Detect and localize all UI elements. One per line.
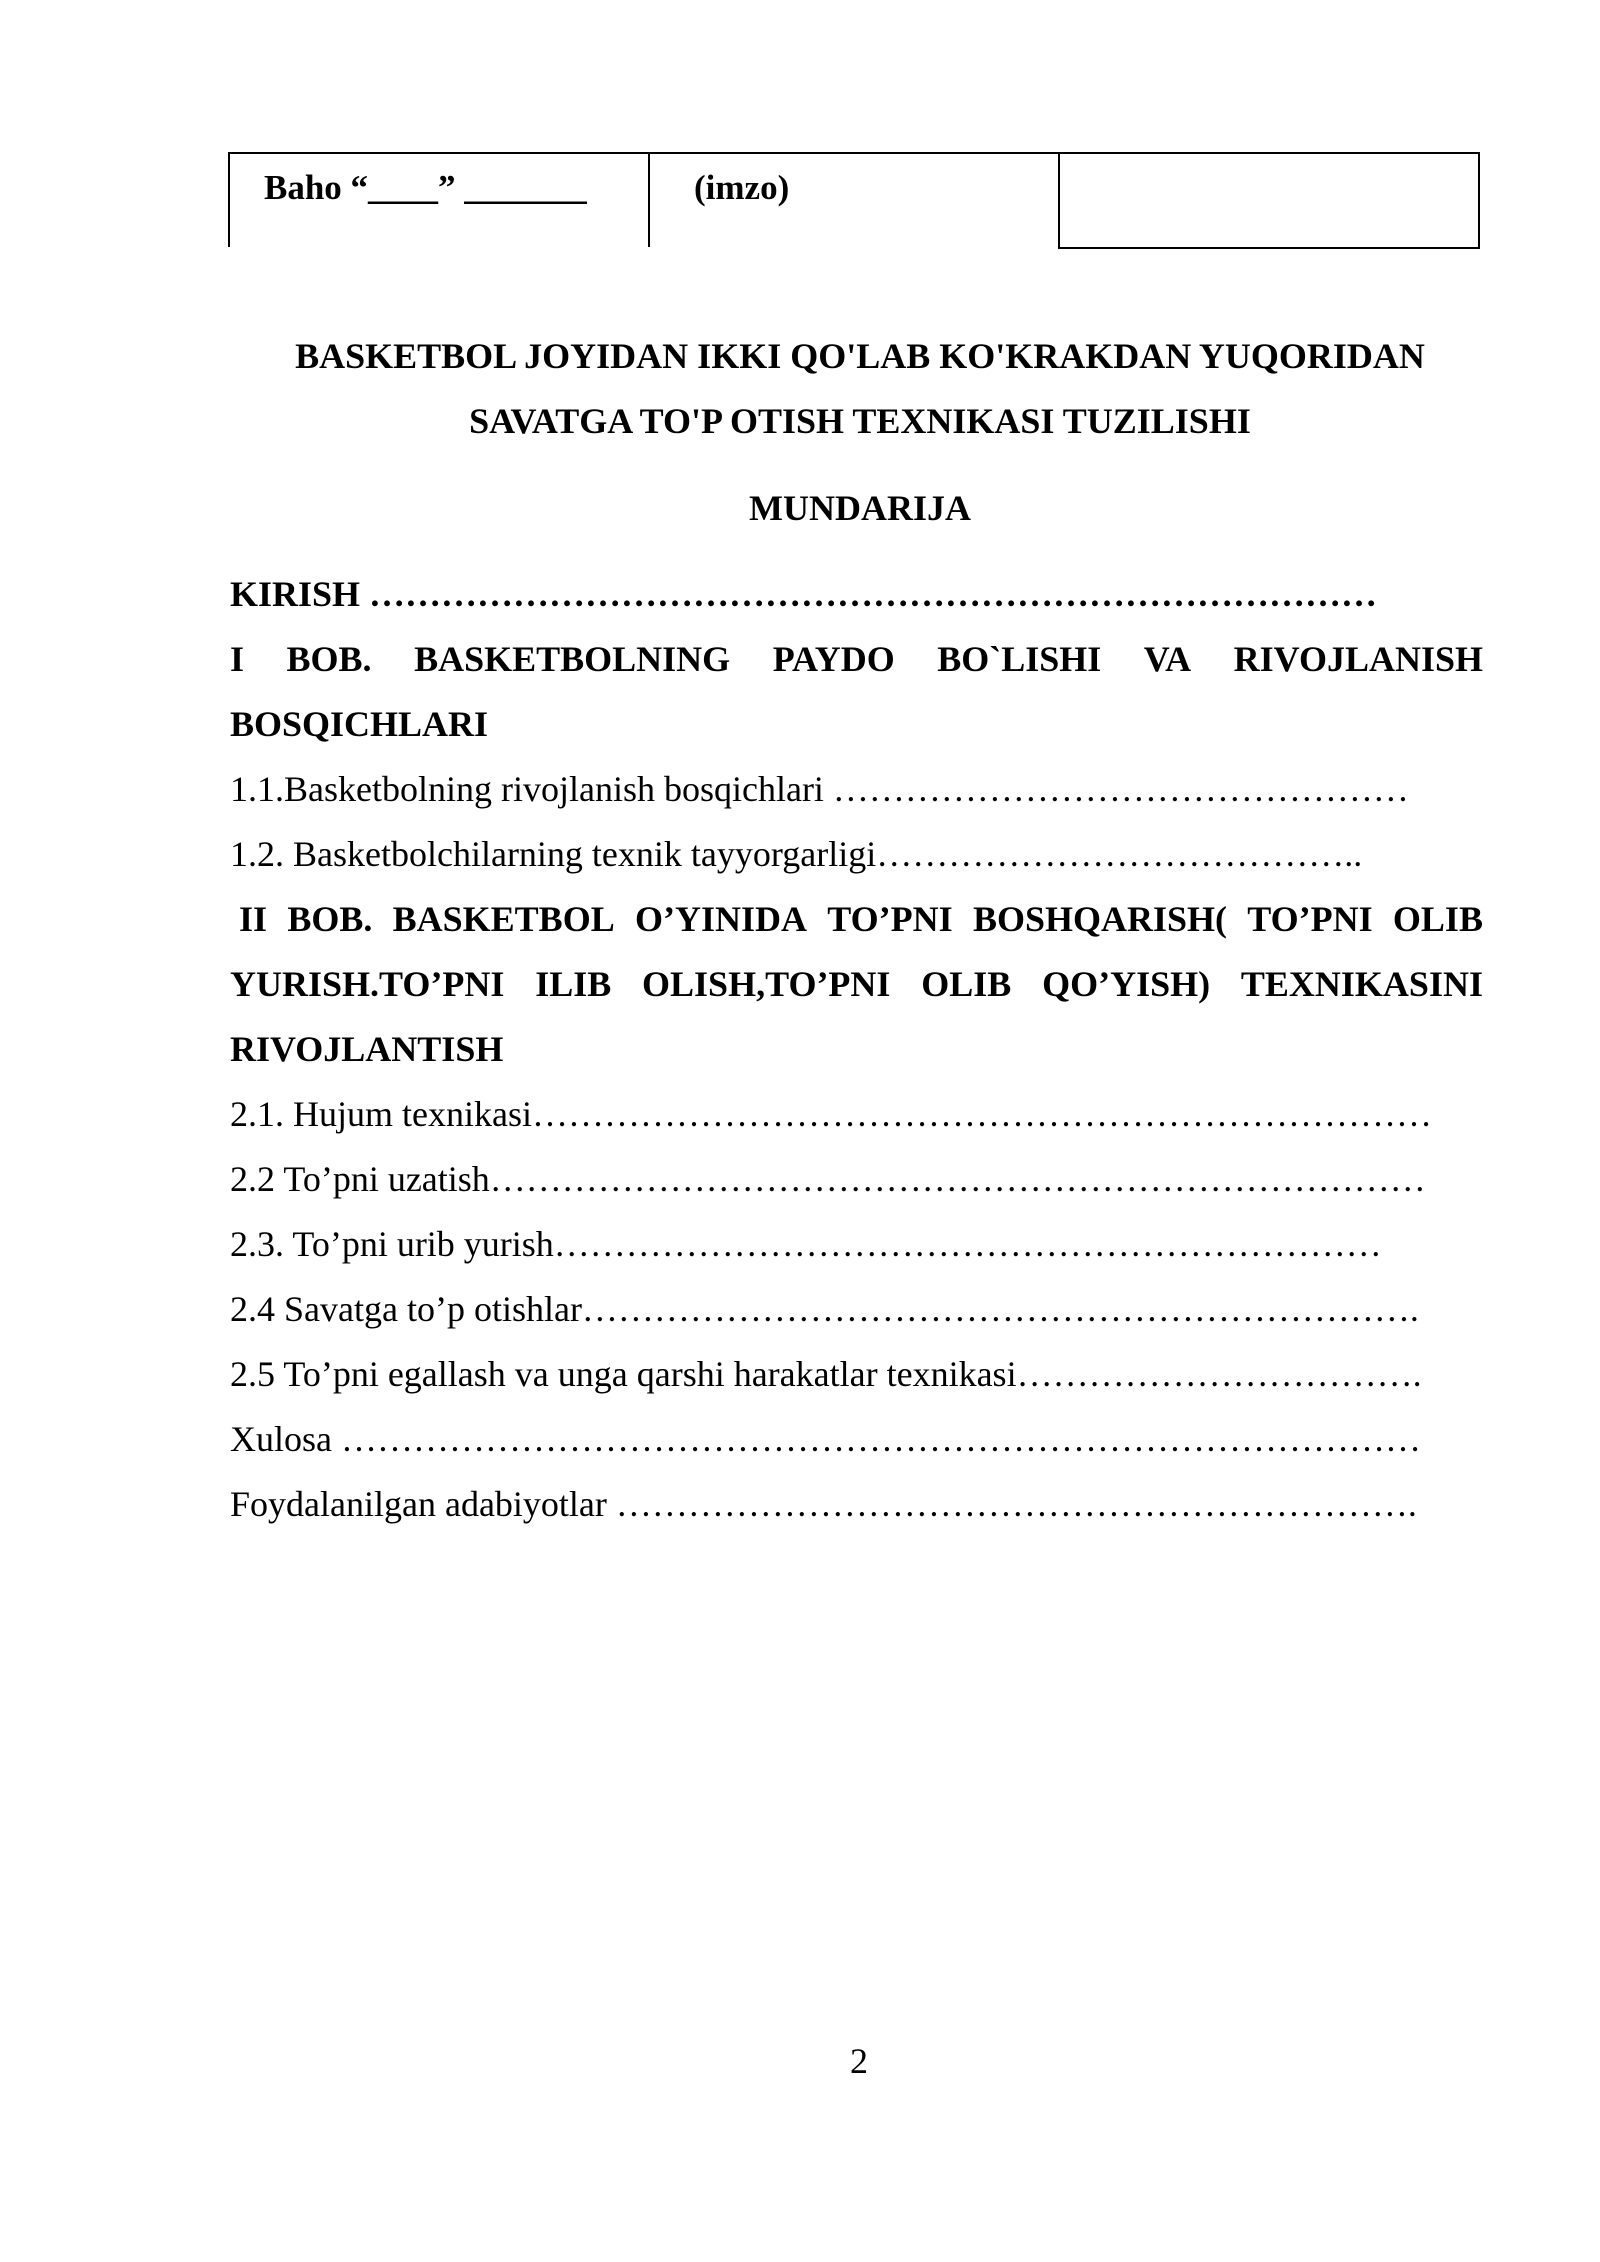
word: YURISH.TO’PNI (230, 963, 504, 1005)
word: O’YINIDA (635, 898, 807, 940)
toc-chapter-1-line-1: I BOB. BASKETBOLNING PAYDO BO`LISHI VA R… (230, 638, 1483, 680)
document-title-line-2: SAVATGA TO'P OTISH TEXNIKASI TUZILISHI (160, 400, 1560, 442)
toc-entry-1-1: 1.1.Basketbolning rivojlanish bosqichlar… (230, 768, 1483, 810)
signature-cell: (imzo) (648, 152, 1058, 247)
empty-box-cell (1058, 152, 1480, 249)
word: BASKETBOLNING (414, 638, 730, 680)
word: BOB. (287, 898, 372, 940)
word: BOSHQARISH( (973, 898, 1227, 940)
page-number: 2 (0, 2040, 1600, 2082)
toc-chapter-2-line-2: YURISH.TO’PNI ILIB OLISH,TO’PNI OLIB QO’… (230, 963, 1483, 1005)
word: ILIB (535, 963, 611, 1005)
grading-table: Baho “____” _______ (imzo) (228, 152, 1480, 249)
toc-heading: MUNDARIJA (160, 487, 1560, 529)
toc-entry-2-4: 2.4 Savatga to’p otishlar………………………………………… (230, 1288, 1483, 1330)
toc-entry-2-3: 2.3. To’pni urib yurish……………………………………………… (230, 1223, 1483, 1265)
word: I (230, 638, 244, 680)
word: II (230, 898, 267, 940)
word: TO’PNI (1247, 898, 1372, 940)
word: BO`LISHI (937, 638, 1101, 680)
grade-cell: Baho “____” _______ (228, 152, 648, 247)
word: OLIB (921, 963, 1011, 1005)
word: RIVOJLANISH (1234, 638, 1483, 680)
toc-entry-1-2: 1.2. Basketbolchilarning texnik tayyorga… (230, 833, 1483, 875)
word: OLISH,TO’PNI (642, 963, 890, 1005)
word: BOB. (287, 638, 372, 680)
word: BASKETBOL (393, 898, 615, 940)
toc-entry-references: Foydalanilgan adabiyotlar ……………………………………… (230, 1483, 1483, 1525)
document-title-line-1: BASKETBOL JOYIDAN IKKI QO'LAB KO'KRAKDAN… (160, 335, 1560, 377)
word: VA (1144, 638, 1191, 680)
word: QO’YISH) (1042, 963, 1210, 1005)
toc-chapter-2-line-3: RIVOJLANTISH (230, 1028, 1483, 1070)
toc-entry-2-1: 2.1. Hujum texnikasi……………………………………………………… (230, 1093, 1483, 1135)
toc-chapter-1-line-2: BOSQICHLARI (230, 703, 1483, 745)
toc-entry-introduction: KIRISH ………………………………………………………………………… (230, 573, 1483, 615)
word: OLIB (1393, 898, 1483, 940)
word: TEXNIKASINI (1241, 963, 1483, 1005)
toc-chapter-2-line-1: II BOB. BASKETBOL O’YINIDA TO’PNI BOSHQA… (230, 898, 1483, 940)
toc-entry-conclusion: Xulosa ……………………………………………………………………………… (230, 1418, 1483, 1460)
toc-entry-2-2: 2.2 To’pni uzatish…………………………………………………………… (230, 1158, 1483, 1200)
word: TO’PNI (827, 898, 952, 940)
word: PAYDO (773, 638, 895, 680)
signature-label: (imzo) (694, 168, 789, 208)
grade-label: Baho “____” _______ (264, 168, 587, 208)
toc-entry-2-5: 2.5 To’pni egallash va unga qarshi harak… (230, 1353, 1483, 1395)
